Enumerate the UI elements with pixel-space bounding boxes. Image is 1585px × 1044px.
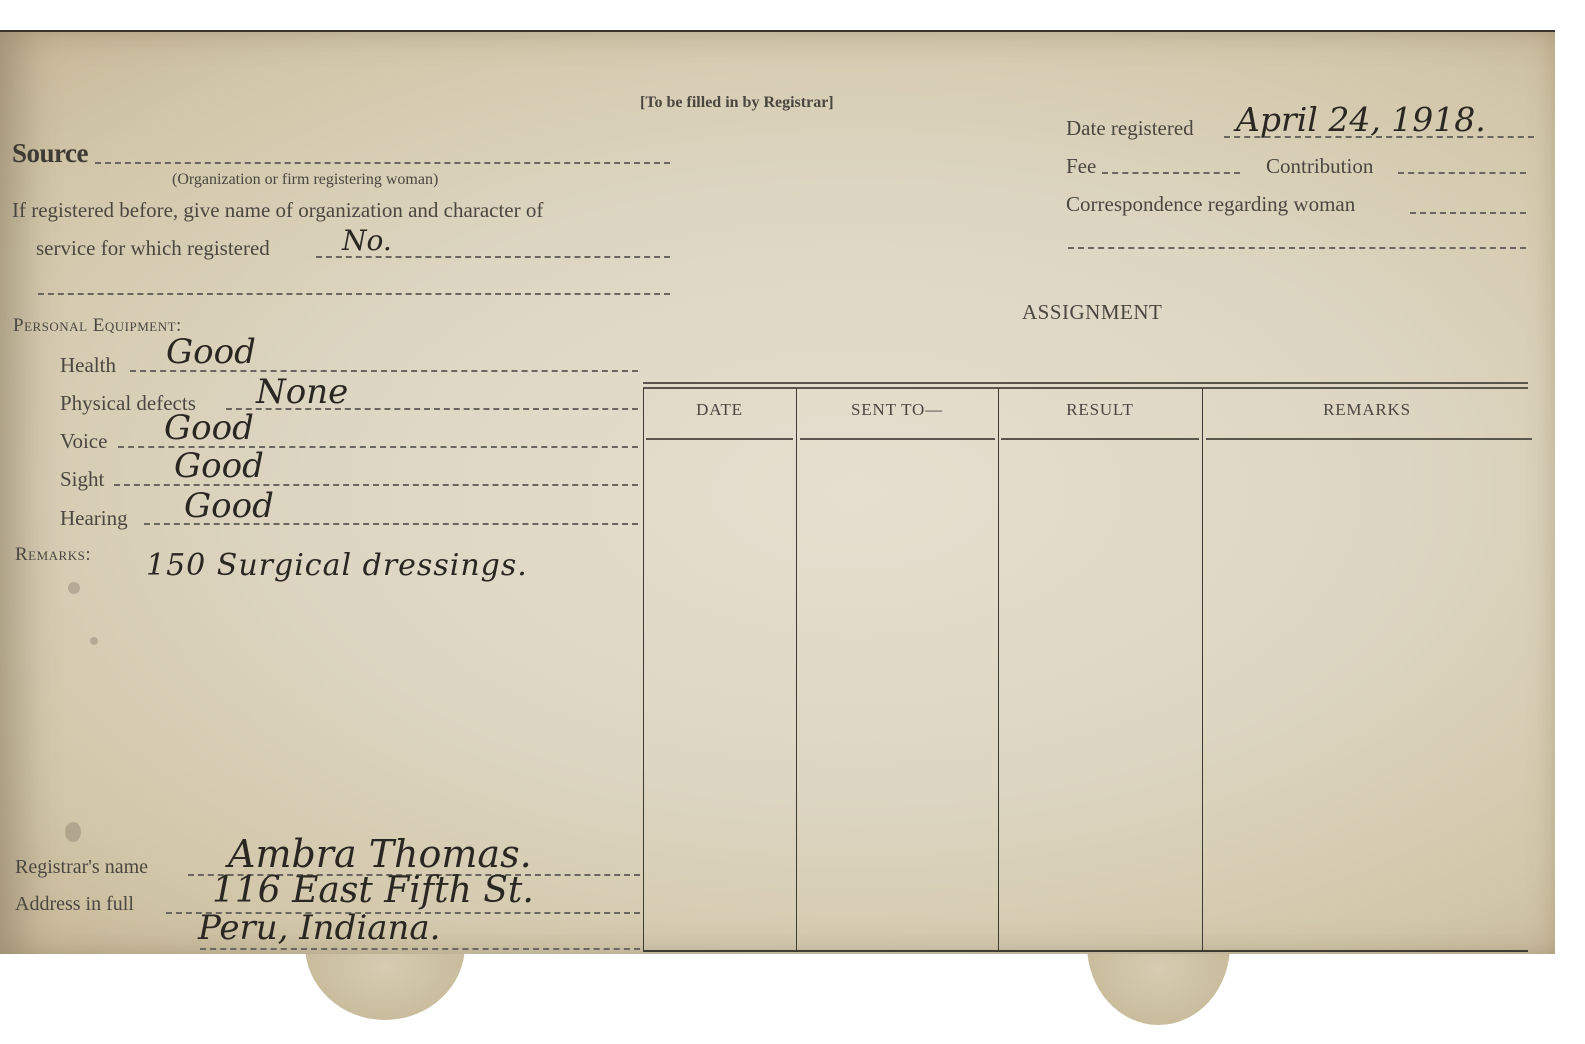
table-top-rule-2 (643, 387, 1528, 389)
hearing-label: Hearing (60, 506, 128, 531)
fee-label: Fee (1066, 154, 1096, 179)
column-header-sent-to: SENT TO— (796, 400, 998, 420)
address-value-line2: Peru, Indiana. (198, 908, 440, 948)
header-underline (646, 438, 793, 440)
stain-spot (90, 637, 98, 645)
health-value: Good (166, 332, 256, 372)
address-label: Address in full (15, 893, 134, 916)
remarks-value[interactable]: 150 Surgical dressings. (146, 548, 528, 583)
table-col-divider (643, 388, 644, 950)
contribution-line[interactable] (1398, 172, 1526, 174)
table-col-divider (1202, 388, 1203, 950)
correspondence-line-2[interactable] (1068, 247, 1526, 249)
physical-defects-value: None (256, 372, 348, 412)
source-caption: (Organization or firm registering woman) (172, 171, 438, 189)
assignment-title: ASSIGNMENT (1022, 300, 1162, 325)
service-registered-value: No. (342, 224, 392, 257)
extra-line[interactable] (38, 293, 670, 295)
card-index-tab-right (1087, 945, 1230, 1025)
address-value-line1: 116 East Fifth St. (212, 870, 534, 911)
personal-equipment-heading: Personal Equipment: (13, 315, 182, 337)
header-underline (1001, 438, 1199, 440)
card-index-tab-left (305, 945, 465, 1020)
table-top-rule (643, 382, 1528, 384)
correspondence-line[interactable] (1410, 212, 1526, 214)
column-header-result: RESULT (998, 400, 1202, 420)
column-header-date: DATE (643, 400, 796, 420)
remarks-label: Remarks: (15, 544, 91, 566)
correspondence-label: Correspondence regarding woman (1066, 192, 1355, 217)
address-line-2[interactable] (200, 948, 640, 950)
registrar-name-label: Registrar's name (15, 856, 148, 879)
hearing-value: Good (184, 486, 274, 526)
header-underline (800, 438, 995, 440)
voice-label: Voice (60, 429, 107, 454)
table-bottom-rule (643, 950, 1528, 952)
sight-label: Sight (60, 467, 104, 492)
source-label: Source (12, 138, 88, 169)
source-field-line[interactable] (95, 162, 670, 164)
registration-card: [To be filled in by Registrar] Source (O… (0, 30, 1555, 954)
registrar-note: [To be filled in by Registrar] (640, 94, 834, 112)
previous-registration-prompt: If registered before, give name of organ… (12, 198, 543, 223)
voice-value: Good (164, 408, 254, 448)
fee-line[interactable] (1102, 172, 1240, 174)
health-label: Health (60, 353, 116, 378)
table-col-divider (998, 388, 999, 950)
table-col-divider (796, 388, 797, 950)
scanned-card-page: [To be filled in by Registrar] Source (O… (0, 0, 1585, 1044)
contribution-label: Contribution (1266, 154, 1373, 179)
date-registered-value: April 24, 1918. (1236, 100, 1486, 139)
sight-value: Good (174, 446, 264, 486)
column-header-remarks: REMARKS (1202, 400, 1532, 420)
stain-spot (68, 582, 80, 594)
date-registered-label: Date registered (1066, 116, 1194, 141)
service-registered-label: service for which registered (36, 236, 270, 261)
stain-spot (65, 822, 81, 842)
header-underline (1206, 438, 1532, 440)
